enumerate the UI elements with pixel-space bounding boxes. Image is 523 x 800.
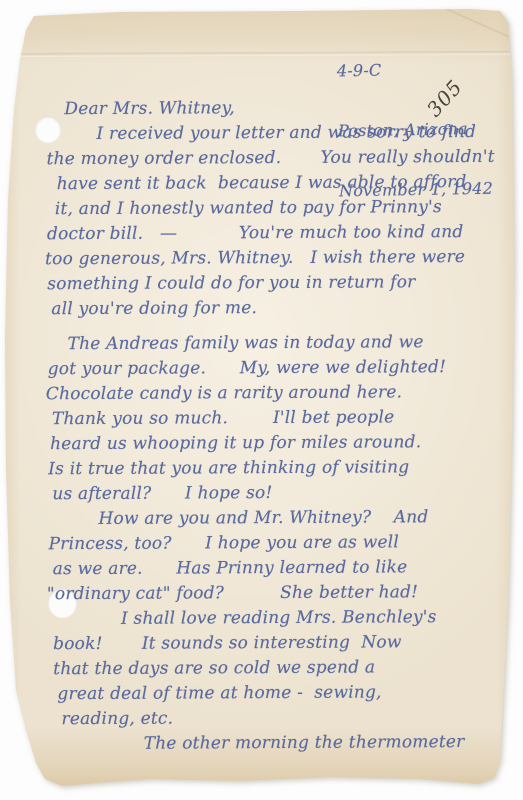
handwriting-line: it, and I honestly wanted to pay for Pri… (45, 195, 505, 222)
handwriting-lines: I received your letter and was sorry to … (44, 120, 507, 757)
letter-paper: 4-9-C Poston, Arizona November 1, 1942 3… (0, 0, 523, 800)
handwriting-line: "ordinary cat" food? She better had! (47, 580, 507, 607)
sender-address: 4-9-C (337, 59, 491, 82)
handwriting-line: heard us whooping it up for miles around… (46, 430, 506, 457)
handwriting-line: us afterall? I hope so! (46, 480, 506, 507)
handwriting-line: the money order enclosed. You really sho… (45, 145, 505, 172)
handwriting-line: got your package. My, were we delighted! (46, 355, 506, 382)
handwriting-line: Thank you so much. I'll bet people (46, 405, 506, 432)
handwriting-line: great deal of time at home - sewing, (47, 680, 507, 707)
handwriting-line: The Andreas family was in today and we (46, 330, 506, 357)
handwriting-line: Chocolate candy is a rarity around here. (46, 380, 506, 407)
letter-body: Dear Mrs. Whitney, I received your lette… (44, 95, 507, 757)
handwriting-line: something I could do for you in return f… (45, 270, 505, 297)
handwriting-line: too generous, Mrs. Whitney. I wish there… (45, 245, 505, 272)
handwriting-line: that the days are so cold we spend a (47, 655, 507, 682)
handwriting-line: all you're doing for me. (45, 295, 505, 322)
handwriting-line: I received your letter and was sorry to … (44, 120, 504, 147)
handwriting-line: The other morning the thermometer (48, 730, 508, 757)
paper-shadow-wrap: 4-9-C Poston, Arizona November 1, 1942 3… (0, 0, 523, 800)
salutation: Dear Mrs. Whitney, (44, 95, 504, 122)
handwriting-line: How are you and Mr. Whitney? And (46, 505, 506, 532)
handwriting-line: book! It sounds so interesting Now (47, 630, 507, 657)
handwriting-line: Princess, too? I hope you are as well (47, 530, 507, 557)
handwriting-line: Is it true that you are thinking of visi… (46, 455, 506, 482)
handwriting-line: as we are. Has Prinny learned to like (47, 555, 507, 582)
handwriting-line: have sent it back because I was able to … (45, 170, 505, 197)
letter-scan: 4-9-C Poston, Arizona November 1, 1942 3… (0, 0, 523, 800)
handwriting-line: reading, etc. (47, 705, 507, 732)
handwriting-line: doctor bill. — You're much too kind and (45, 220, 505, 247)
handwriting-line: I shall love reading Mrs. Benchley's (47, 605, 507, 632)
